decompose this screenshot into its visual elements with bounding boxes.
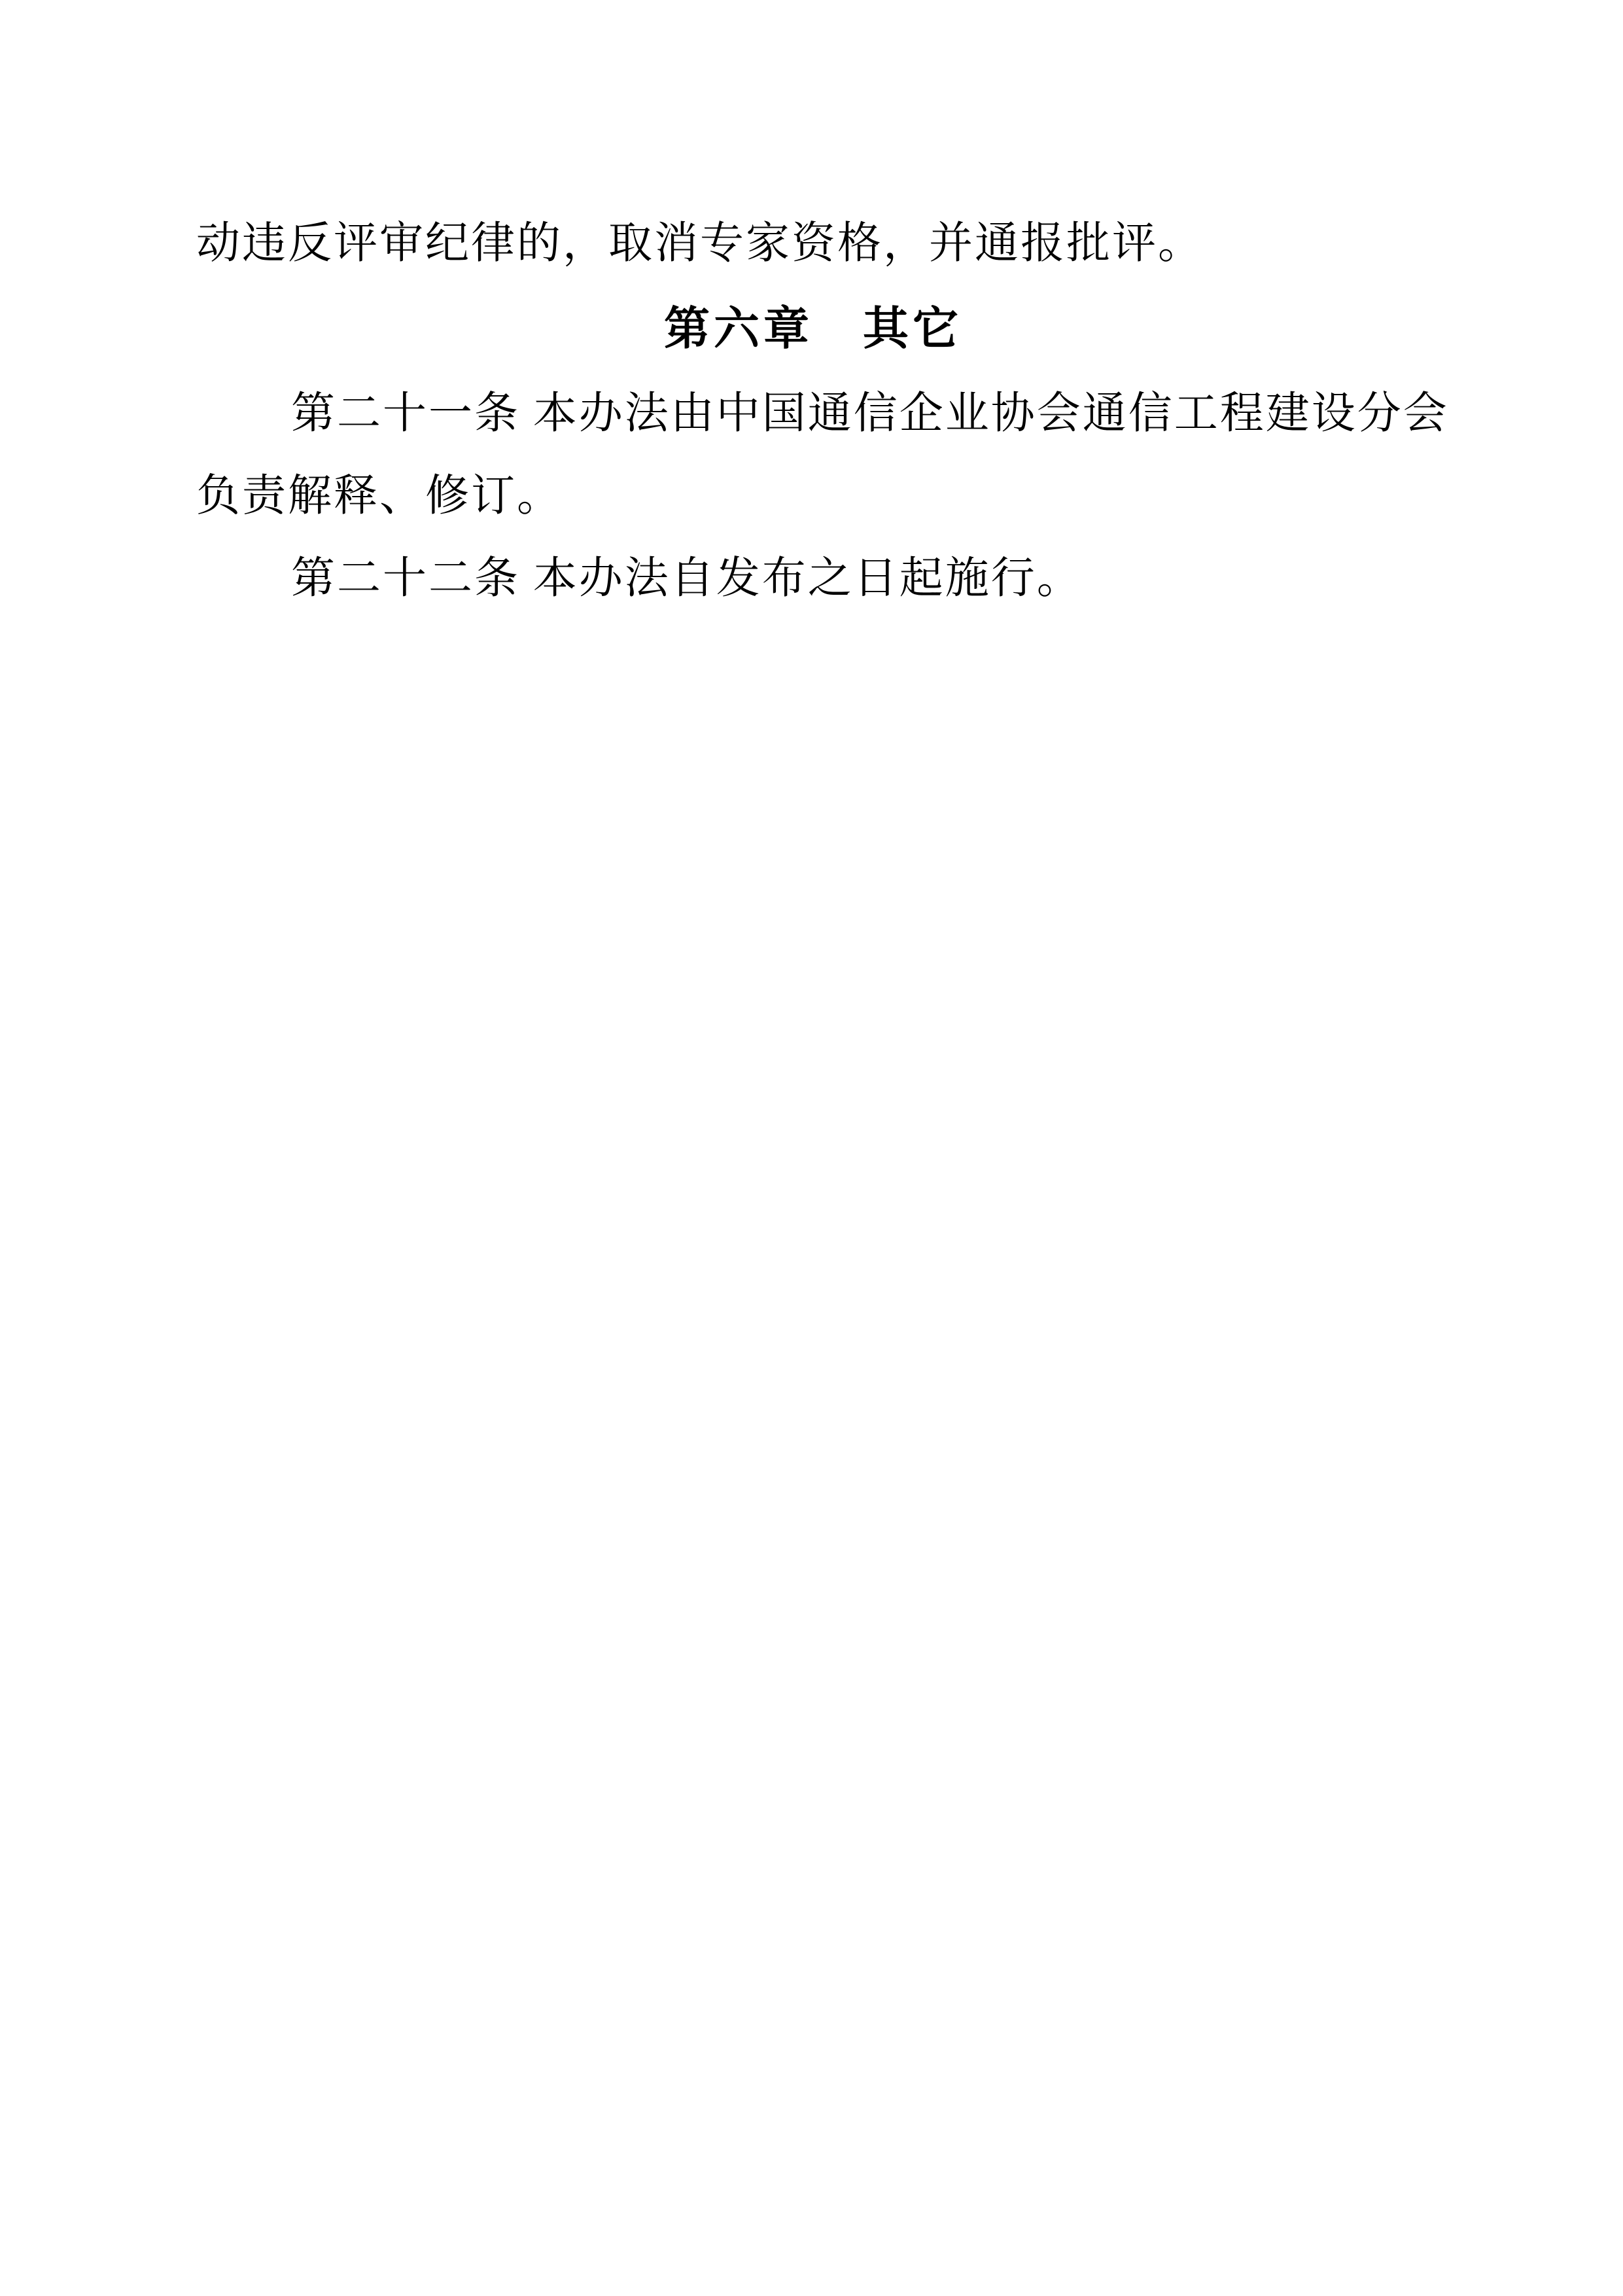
document-page: 动违反评审纪律的，取消专家资格，并通报批评。 第六章 其它 第二十一条 本办法由… [0, 0, 1623, 2296]
article-22-line-1: 第二十二条 本办法自发布之日起施行。 [196, 537, 1430, 620]
chapter-heading: 第六章 其它 [196, 285, 1430, 372]
article-21-line-2: 负责解释、修订。 [196, 455, 1430, 537]
document-content: 动违反评审纪律的，取消专家资格，并通报批评。 第六章 其它 第二十一条 本办法由… [196, 202, 1430, 620]
article-21-line-1: 第二十一条 本办法由中国通信企业协会通信工程建设分会 [196, 372, 1430, 455]
continuation-paragraph-line: 动违反评审纪律的，取消专家资格，并通报批评。 [196, 202, 1430, 285]
